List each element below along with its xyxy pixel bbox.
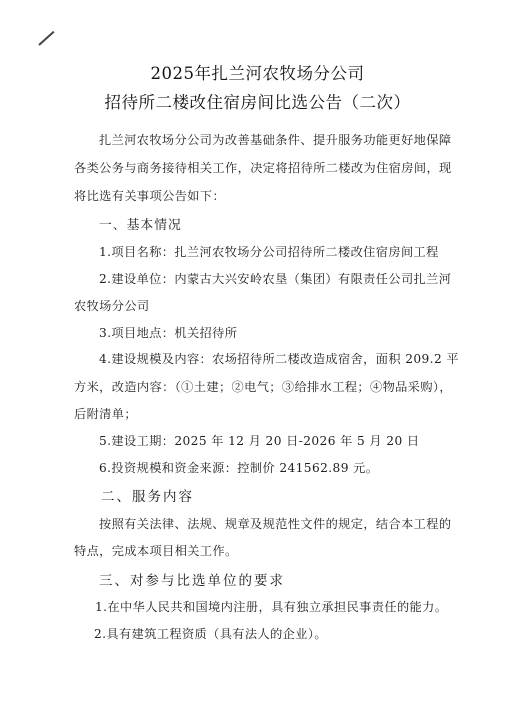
section1-item2-line2: 农牧场分公司: [74, 297, 150, 314]
section1-heading: 一、基本情况: [99, 214, 182, 233]
section3-item1: 1.在中华人民共和国境内注册，具有独立承担民事责任的能力。: [95, 598, 447, 615]
pen-mark: [38, 31, 54, 46]
section3-heading: 三、对参与比选单位的要求: [99, 569, 285, 589]
section1-item4-line1: 4.建设规模及内容：农场招待所二楼改造成宿舍，面积 209.2 平: [99, 350, 459, 367]
intro-line-3: 将比选有关事项公告如下：: [74, 187, 225, 204]
section1-item5: 5.建设工期：2025 年 12 月 20 日-2026 年 5 月 20 日: [99, 432, 419, 449]
section1-item4-line2: 方米，改造内容：（①土建；②电气；③给排水工程；④物品采购），: [74, 378, 452, 395]
section3-item2: 2.具有建筑工程资质（具有法人的企业）。: [94, 625, 327, 642]
document-title-line1: 2025年扎兰河农牧场分公司: [0, 60, 515, 84]
section1-item4-line3: 后附清单；: [74, 405, 137, 422]
section1-item6: 6.投资规模和资金来源：控制价 241562.89 元。: [99, 459, 378, 476]
section1-item1: 1.项目名称：扎兰河农牧场分公司招待所二楼改住宿房间工程: [99, 243, 439, 260]
section2-heading: 二、服务内容: [101, 485, 194, 505]
document-title-line2: 招待所二楼改住宿房间比选公告（二次）: [0, 89, 515, 113]
section1-item2-line1: 2.建设单位：内蒙古大兴安岭农垦（集团）有限责任公司扎兰河: [99, 270, 451, 287]
section1-item3: 3.项目地点：机关招待所: [99, 324, 237, 341]
section2-line2: 特点，完成本项目相关工作。: [74, 542, 238, 559]
document-page: 2025年扎兰河农牧场分公司 招待所二楼改住宿房间比选公告（二次） 扎兰河农牧场…: [0, 0, 515, 728]
intro-line-1: 扎兰河农牧场分公司为改善基础条件、提升服务功能更好地保障: [99, 131, 451, 148]
section2-line1: 按照有关法律、法规、规章及规范性文件的规定，结合本工程的: [99, 515, 451, 532]
intro-line-2: 各类公务与商务接待相关工作，决定将招待所二楼改为住宿房间，现: [74, 159, 452, 176]
